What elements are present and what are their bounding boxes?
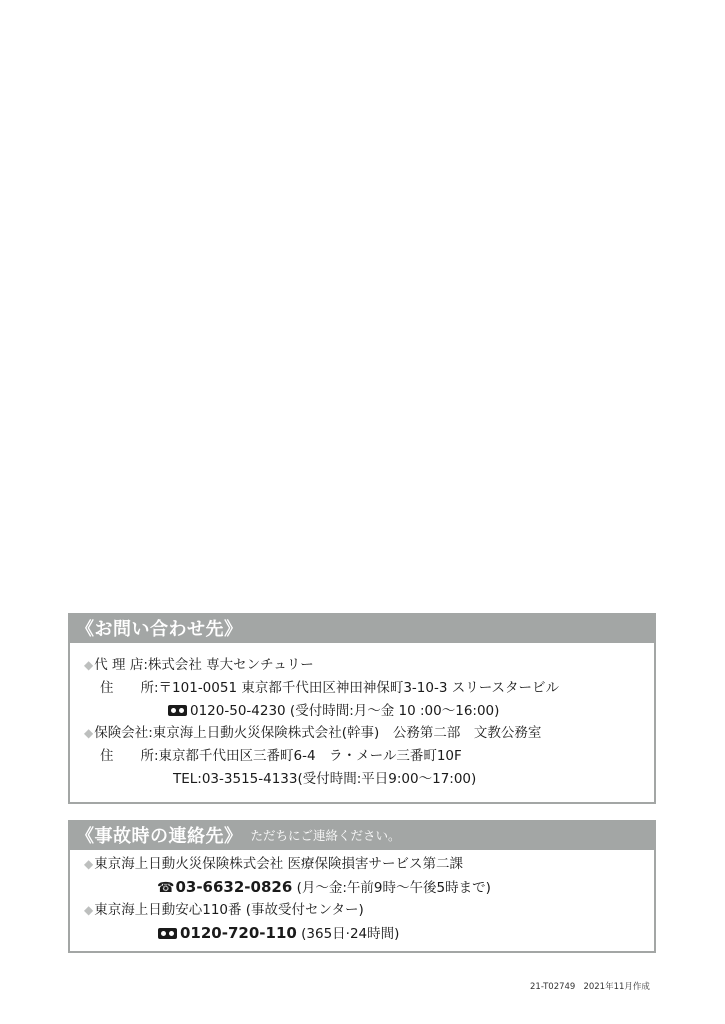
claims-tel-line: ☎03-6632-0826 (月〜金:午前9時〜午後5時まで) <box>157 877 491 898</box>
document-code: 21-T02749 <box>530 982 575 992</box>
free-dial-icon <box>158 928 177 939</box>
claims-tel-number: 03-6632-0826 <box>175 878 292 896</box>
insurer-line: ◆保険会社:東京海上日動火災保険株式会社(幹事) 公務第二部 文教公務室 <box>84 723 541 743</box>
anshin-freedial-number: 0120-720-110 <box>180 924 297 942</box>
claims-dept-line: ◆東京海上日動火災保険株式会社 医療保険損害サービス第二課 <box>84 854 463 874</box>
inquiry-title: 《お問い合わせ先》 <box>76 615 243 641</box>
diamond-bullet-icon: ◆ <box>84 857 93 871</box>
diamond-bullet-icon: ◆ <box>84 903 93 917</box>
anshin-line: ◆東京海上日動安心110番 (事故受付センター) <box>84 900 364 920</box>
diamond-bullet-icon: ◆ <box>84 658 93 672</box>
accident-box: 《事故時の連絡先》 ただちにご連絡ください。 ◆東京海上日動火災保険株式会社 医… <box>68 820 656 953</box>
telephone-icon: ☎ <box>157 880 174 896</box>
document-footer: 21-T02749 2021年11月作成 <box>530 980 650 992</box>
insurer-address-line: 住 所:東京都千代田区三番町6-4 ラ・メール三番町10F <box>100 746 462 766</box>
free-dial-icon <box>168 705 187 716</box>
anshin-freedial-line: 0120-720-110 (365日·24時間) <box>158 923 399 944</box>
document-date: 2021年11月作成 <box>583 982 649 992</box>
agency-address-line: 住 所:〒101-0051 東京都千代田区神田神保町3-10-3 スリースタービ… <box>100 678 559 698</box>
diamond-bullet-icon: ◆ <box>84 726 93 740</box>
accident-header: 《事故時の連絡先》 ただちにご連絡ください。 <box>68 820 656 850</box>
insurer-tel-line: TEL:03-3515-4133(受付時間:平日9:00〜17:00) <box>173 769 476 789</box>
agency-line: ◆代 理 店:株式会社 専大センチュリー <box>84 655 314 675</box>
inquiry-header: 《お問い合わせ先》 <box>68 613 656 643</box>
agency-freedial-line: 0120-50-4230 (受付時間:月〜金 10 :00〜16:00) <box>168 701 499 721</box>
accident-subtitle: ただちにご連絡ください。 <box>251 826 401 844</box>
inquiry-box: 《お問い合わせ先》 ◆代 理 店:株式会社 専大センチュリー 住 所:〒101-… <box>68 613 656 804</box>
accident-title: 《事故時の連絡先》 <box>76 822 243 848</box>
